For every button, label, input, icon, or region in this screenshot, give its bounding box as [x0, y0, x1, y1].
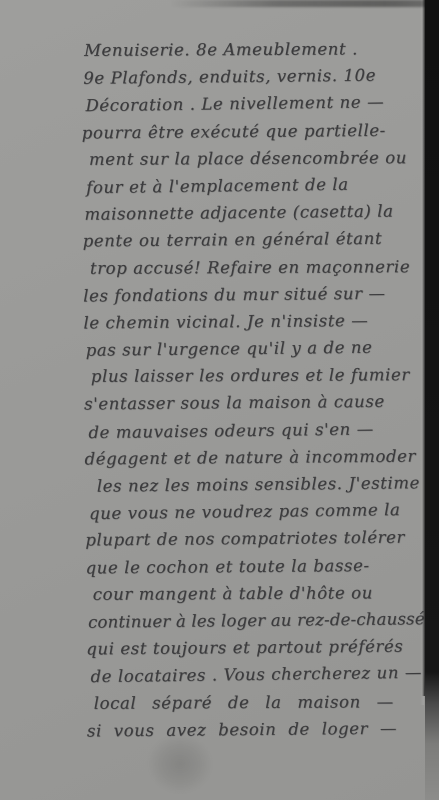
- handwritten-line: local séparé de la maison —: [94, 688, 423, 717]
- manuscript-page: Menuiserie. 8e Ameublement . 9e Plafonds…: [0, 0, 439, 800]
- handwritten-line: de locataires . Vous chercherez un —: [90, 659, 422, 691]
- paper-smudge: [148, 735, 212, 793]
- handwritten-line: Menuiserie. 8e Ameublement .: [84, 35, 417, 64]
- handwritten-line: que vous ne voudrez pas comme la: [89, 496, 421, 528]
- handwritten-line: s'entasser sous la maison à cause: [84, 388, 420, 418]
- handwritten-line: plus laisser les ordures et le fumier: [91, 361, 420, 390]
- handwritten-line: les nez les moins sensibles. J'estime: [97, 469, 421, 500]
- handwritten-line: four et à l'emplacement de la: [86, 170, 418, 202]
- handwritten-line: si vous avez besoin de loger —: [87, 714, 423, 744]
- handwritten-line: qui est toujours et partout préférés: [86, 633, 422, 663]
- handwritten-line: cour mangent à table d'hôte ou: [93, 579, 422, 608]
- handwritten-line: ment sur la place désencombrée ou: [89, 144, 418, 173]
- handwritten-line: pourra être exécuté que partielle-: [82, 116, 418, 146]
- handwritten-line: de mauvaises odeurs qui s'en —: [88, 414, 420, 446]
- handwritten-line: plupart de nos compatriotes tolérer: [85, 524, 421, 554]
- handwritten-line: maisonnette adjacente (casetta) la: [84, 197, 418, 228]
- handwritten-line: que le cochon et toute la basse-: [85, 551, 421, 581]
- handwritten-line: pas sur l'urgence qu'il y a de ne: [86, 333, 420, 364]
- handwritten-line: continuer à les loger au rez-de-chaussée: [88, 605, 422, 636]
- handwritten-line: pente ou terrain en général étant: [83, 225, 419, 255]
- handwritten-line: dégagent et de nature à incommoder: [84, 442, 420, 472]
- handwritten-line: le chemin vicinal. Je n'insiste —: [83, 306, 419, 336]
- handwriting-block: Menuiserie. 8e Ameublement . 9e Plafonds…: [81, 35, 423, 745]
- handwritten-line: Décoration . Le nivellement ne —: [85, 88, 417, 120]
- scan-border: [425, 0, 439, 800]
- handwritten-line: les fondations du mur situé sur —: [83, 279, 419, 309]
- scan-top-shadow: [170, 0, 439, 7]
- handwritten-line: trop accusé! Refaire en maçonnerie: [90, 253, 419, 282]
